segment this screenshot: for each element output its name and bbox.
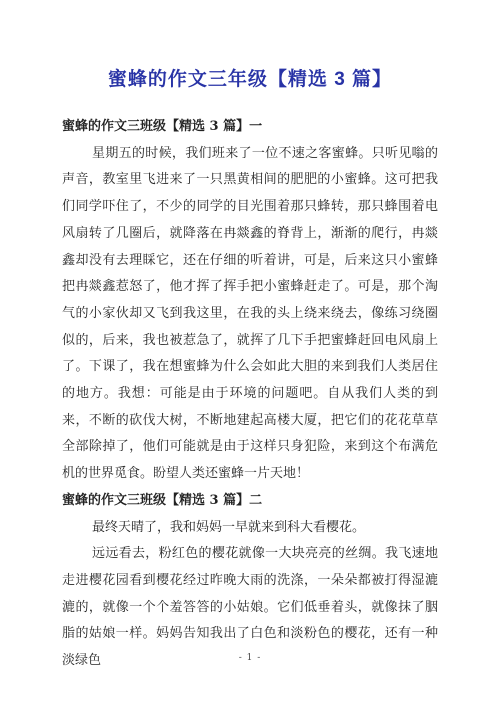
section-heading-1: 蜜蜂的作文三班级【精选 3 篇】一 [62, 114, 438, 141]
document-title: 蜜蜂的作文三年级【精选 3 篇】 [0, 66, 500, 94]
section-1-paragraph: 星期五的时候，我们班来了一位不速之客蜜蜂。只听见嗡的声音，教室里飞进来了一只黑黄… [62, 141, 438, 488]
document-body: 蜜蜂的作文三班级【精选 3 篇】一 星期五的时候，我们班来了一位不速之客蜜蜂。只… [62, 114, 438, 675]
section-2-paragraph-1: 最终天晴了，我和妈妈一早就来到科大看樱花。 [62, 515, 438, 542]
page-number: - 1 - [0, 653, 500, 663]
document-page: 蜜蜂的作文三年级【精选 3 篇】 蜜蜂的作文三班级【精选 3 篇】一 星期五的时… [0, 0, 500, 707]
section-heading-2: 蜜蜂的作文三班级【精选 3 篇】二 [62, 488, 438, 515]
